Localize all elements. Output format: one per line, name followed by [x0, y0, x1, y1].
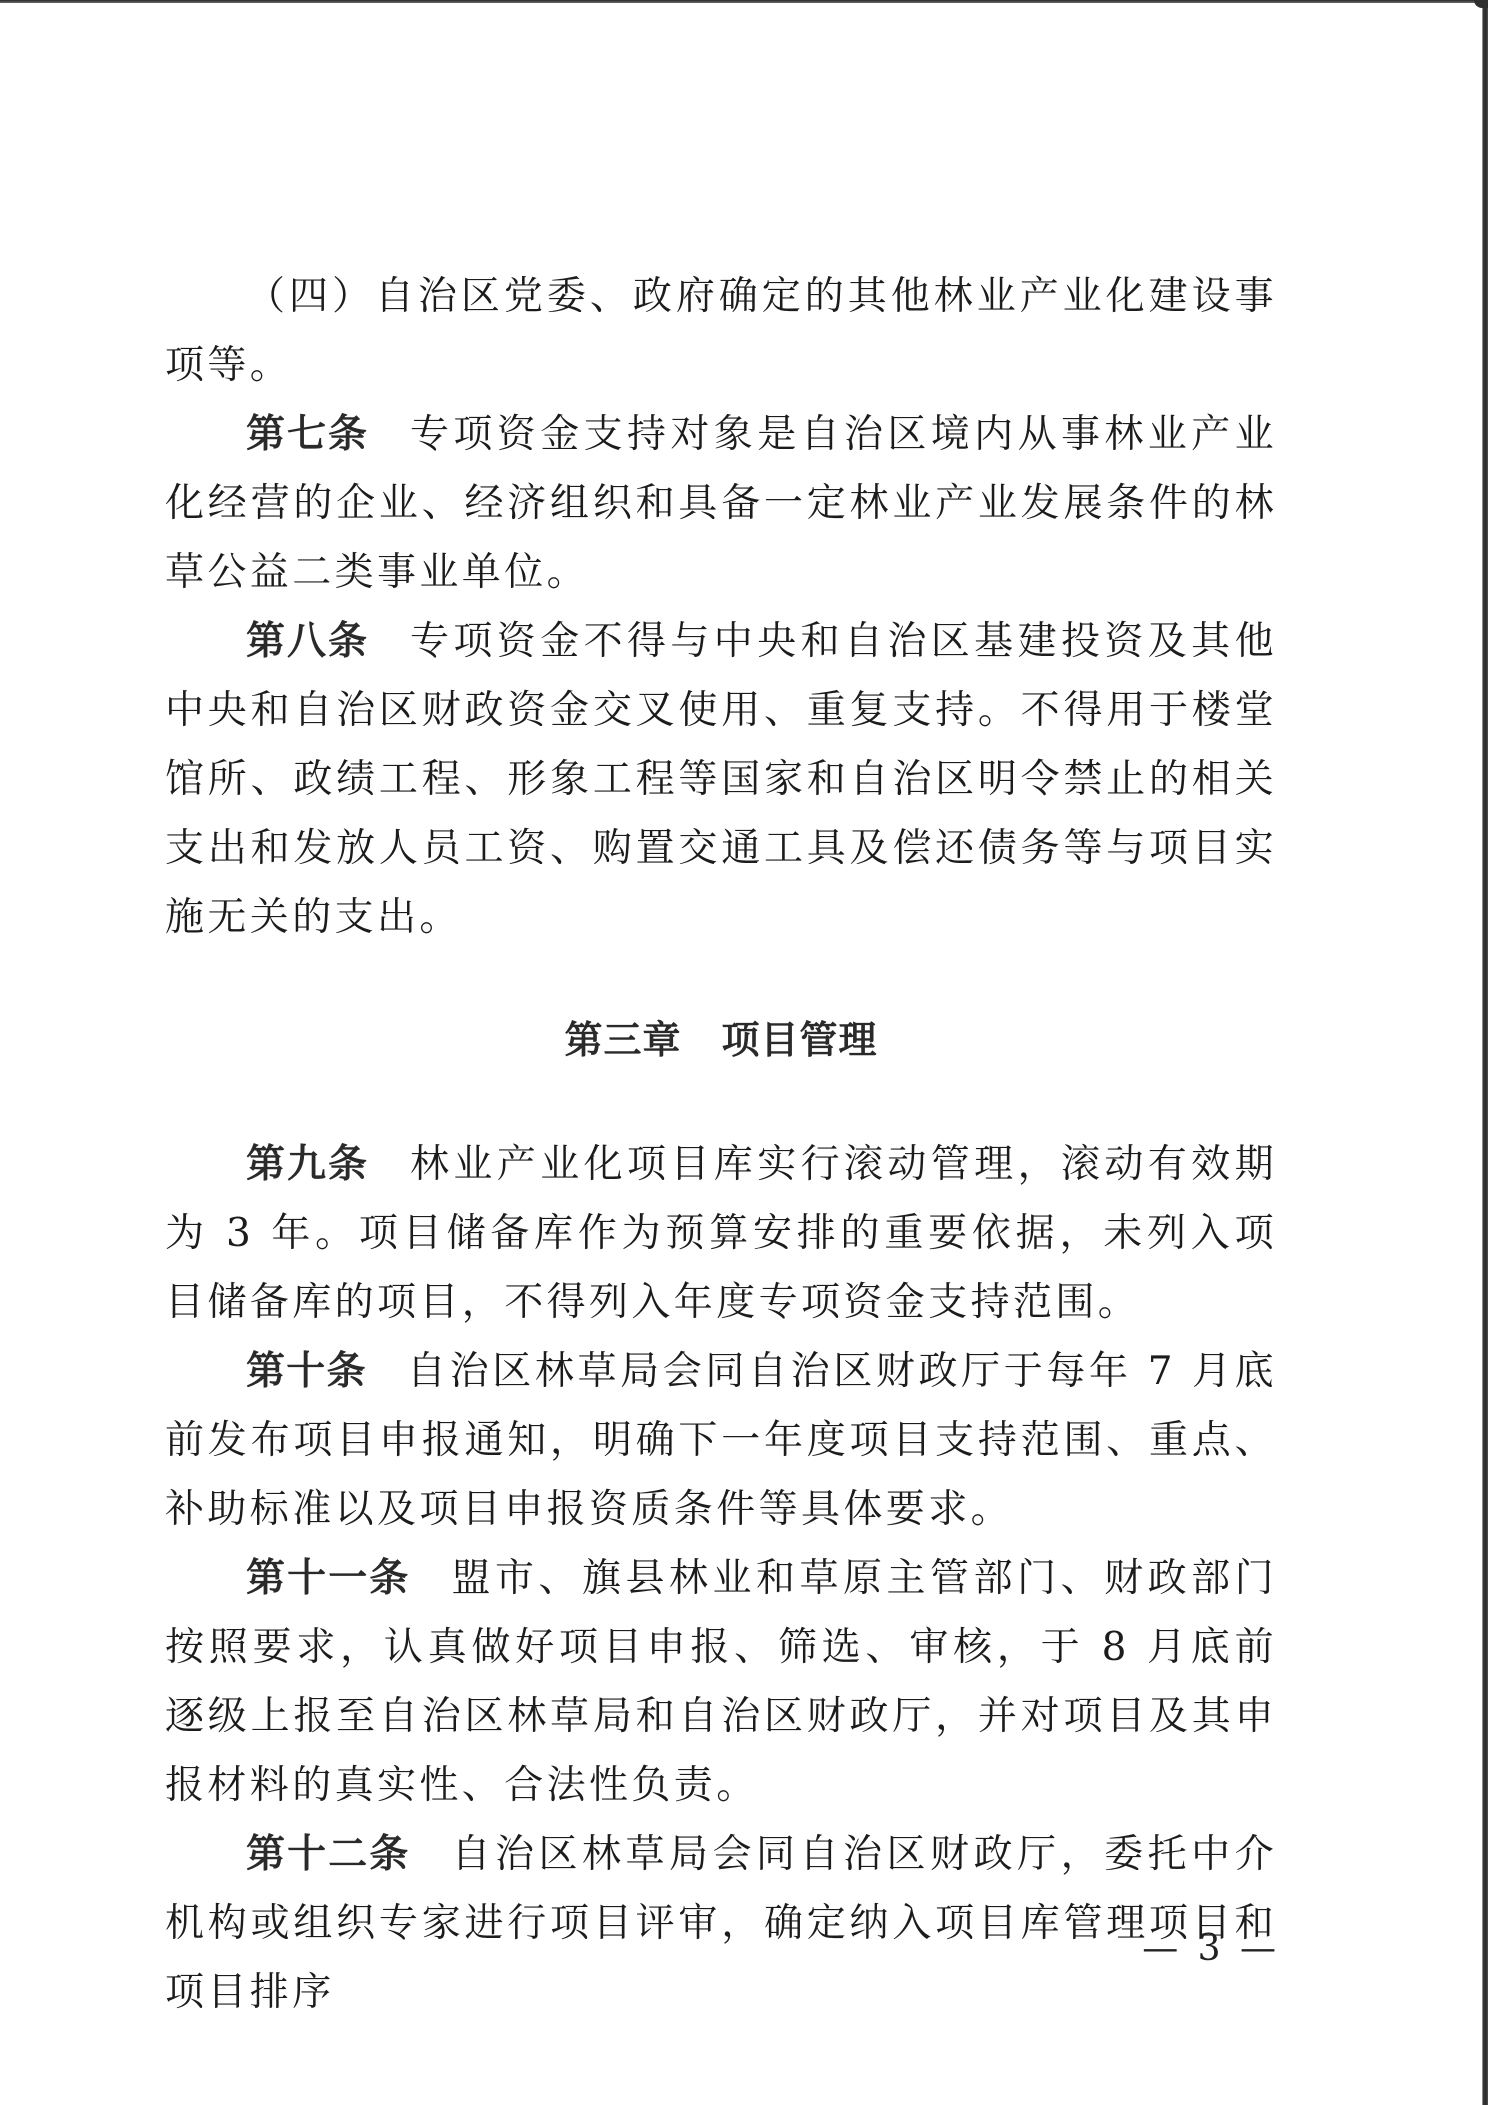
- article-12: 第十二条自治区林草局会同自治区财政厅，委托中介机构或组织专家进行项目评审，确定纳…: [165, 1820, 1277, 2027]
- paragraph-item-4: （四）自治区党委、政府确定的其他林业产业化建设事项等。: [165, 262, 1277, 400]
- scan-border-top: [0, 0, 1488, 3]
- paragraph-text: （四）自治区党委、政府确定的其他林业产业化建设事项等。: [165, 274, 1277, 388]
- chapter-heading: 第三章项目管理: [165, 1006, 1277, 1075]
- article-7: 第七条专项资金支持对象是自治区境内从事林业产业化经营的企业、经济组织和具备一定林…: [165, 400, 1277, 607]
- article-8: 第八条专项资金不得与中央和自治区基建投资及其他中央和自治区财政资金交叉使用、重复…: [165, 607, 1277, 952]
- article-9: 第九条林业产业化项目库实行滚动管理，滚动有效期为 3 年。项目储备库作为预算安排…: [165, 1130, 1277, 1337]
- scan-border-right: [1482, 0, 1488, 2105]
- article-text: 专项资金不得与中央和自治区基建投资及其他中央和自治区财政资金交叉使用、重复支持。…: [165, 619, 1277, 940]
- article-label: 第九条: [246, 1142, 369, 1187]
- article-label: 第十二条: [246, 1832, 410, 1877]
- article-label: 第八条: [246, 619, 369, 664]
- article-10: 第十条自治区林草局会同自治区财政厅于每年 7 月底前发布项目申报通知，明确下一年…: [165, 1337, 1277, 1544]
- scan-corner: [1474, 0, 1488, 8]
- article-label: 第十条: [246, 1349, 367, 1394]
- article-label: 第七条: [246, 412, 369, 457]
- article-11: 第十一条盟市、旗县林业和草原主管部门、财政部门按照要求，认真做好项目申报、筛选、…: [165, 1544, 1277, 1820]
- page-number: — 3 —: [1110, 1928, 1280, 1969]
- chapter-title: 项目管理: [722, 1018, 878, 1062]
- document-body: （四）自治区党委、政府确定的其他林业产业化建设事项等。 第七条专项资金支持对象是…: [165, 262, 1277, 2027]
- article-label: 第十一条: [246, 1556, 410, 1601]
- chapter-number: 第三章: [564, 1018, 681, 1062]
